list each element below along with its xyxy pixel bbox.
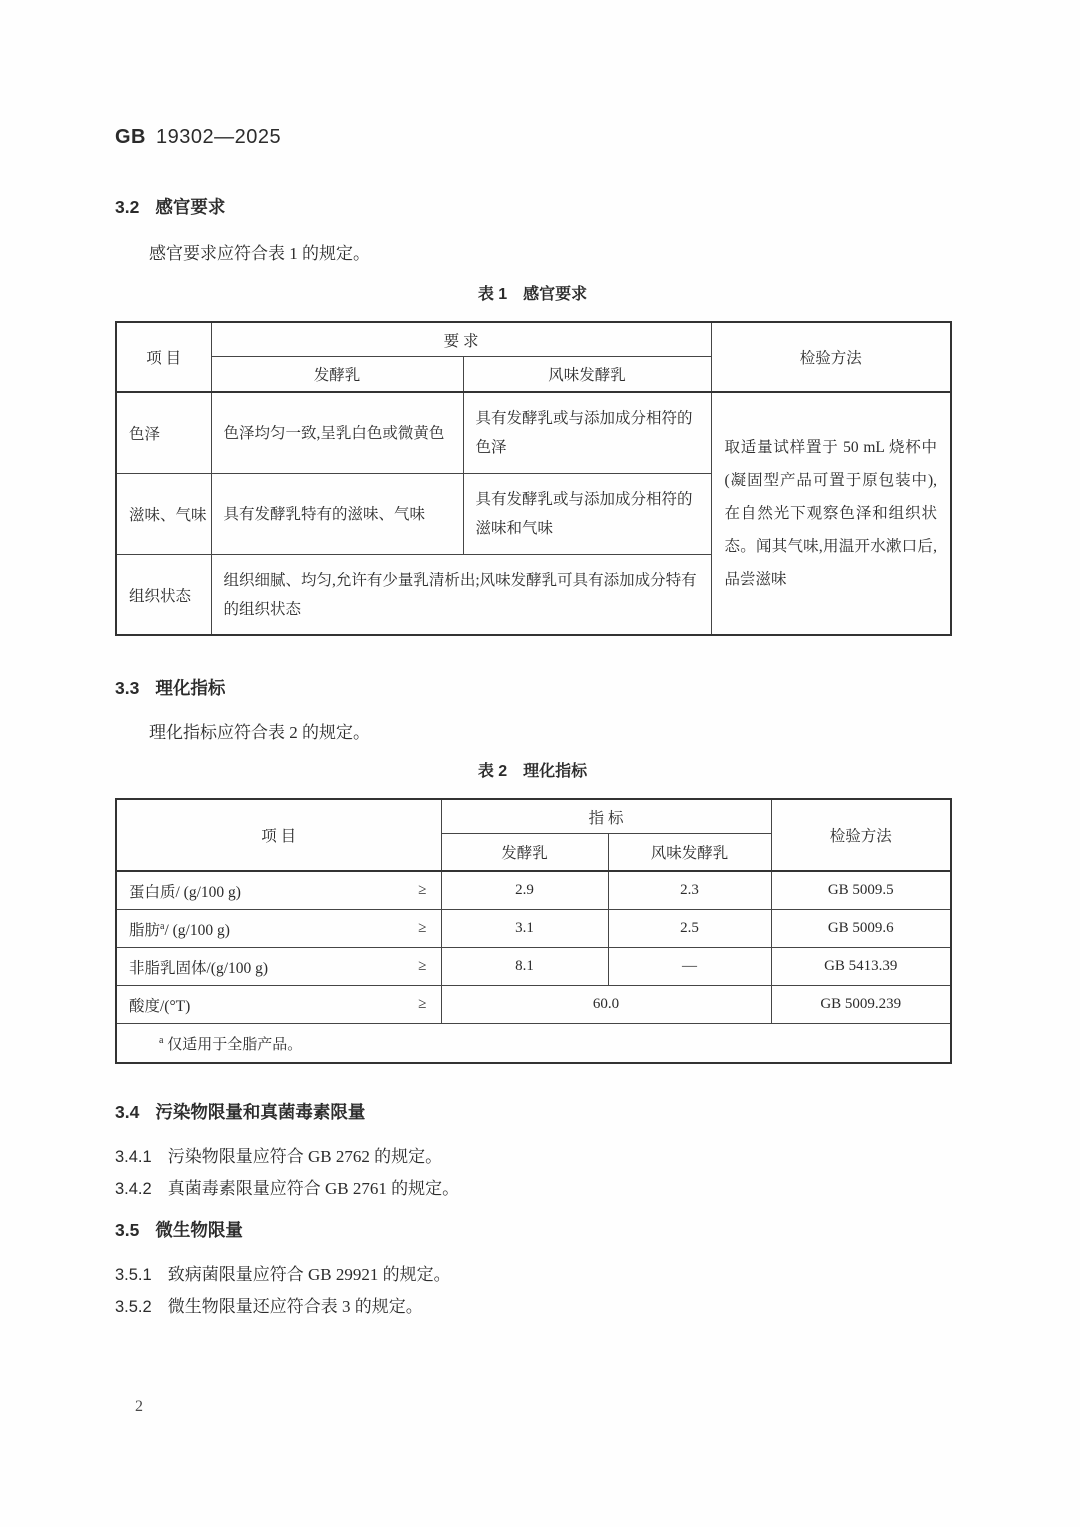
section-title: 微生物限量: [155, 1220, 243, 1240]
section-3-3-paragraph: 理化指标应符合表 2 的规定。: [115, 720, 950, 746]
section-title: 感官要求: [155, 197, 225, 217]
clause-3-5-2: 3.5.2微生物限量还应符合表 3 的规定。: [115, 1294, 950, 1320]
value-cell: 2.3: [608, 871, 771, 910]
method-cell: GB 5413.39: [771, 948, 951, 986]
table-row: 项 目 要 求 检验方法: [116, 322, 951, 357]
section-heading-3-5: 3.5微生物限量: [115, 1218, 950, 1242]
gte-symbol: ≥: [418, 920, 426, 937]
clause-number: 3.4.1: [115, 1148, 152, 1166]
table-2-header-item: 项 目: [116, 799, 441, 871]
table-1-header-method: 检验方法: [711, 322, 951, 392]
clause-number: 3.4.2: [115, 1180, 152, 1198]
section-3-2-paragraph: 感官要求应符合表 1 的规定。: [115, 241, 950, 267]
gte-symbol: ≥: [418, 882, 426, 899]
gte-symbol: ≥: [418, 958, 426, 975]
table-1-header-requirement: 要 求: [211, 322, 711, 357]
table-2-item-acidity: 酸度/(°T) ≥: [116, 986, 441, 1024]
section-heading-3-3: 3.3理化指标: [115, 676, 950, 700]
table-1-cell-merged: 组织细腻、均匀,允许有少量乳清析出;风味发酵乳可具有添加成分特有的组织状态: [211, 555, 711, 636]
table-row: 酸度/(°T) ≥ 60.0 GB 5009.239: [116, 986, 951, 1024]
table-row: 蛋白质/ (g/100 g) ≥ 2.9 2.3 GB 5009.5: [116, 871, 951, 910]
table-row: a 仅适用于全脂产品。: [116, 1024, 951, 1064]
table-1-header-item: 项 目: [116, 322, 211, 392]
method-cell: GB 5009.239: [771, 986, 951, 1024]
section-number: 3.5: [115, 1220, 139, 1240]
table-1-cell: 具有发酵乳或与添加成分相符的滋味和气味: [463, 474, 711, 555]
page-number: 2: [135, 1398, 143, 1416]
section-heading-3-4: 3.4污染物限量和真菌毒素限量: [115, 1100, 950, 1124]
table-2-item-fat: 脂肪a/ (g/100 g) ≥: [116, 910, 441, 948]
table-row: 项 目 指 标 检验方法: [116, 799, 951, 834]
clause-3-5-1: 3.5.1致病菌限量应符合 GB 29921 的规定。: [115, 1262, 950, 1288]
value-cell: 2.5: [608, 910, 771, 948]
table-1-item-texture: 组织状态: [116, 555, 211, 636]
table-2-caption: 表 2 理化指标: [115, 760, 950, 784]
section-heading-3-2: 3.2感官要求: [115, 195, 950, 219]
table-2-item-nonfat-solids: 非脂乳固体/(g/100 g) ≥: [116, 948, 441, 986]
item-label: 酸度/(°T): [129, 994, 190, 1016]
value-cell-merged: 60.0: [441, 986, 771, 1024]
table-1-item-taste-odor: 滋味、气味: [116, 474, 211, 555]
standard-number: 19302—2025: [156, 126, 281, 148]
table-2-header-method: 检验方法: [771, 799, 951, 871]
method-cell: GB 5009.6: [771, 910, 951, 948]
table-1-method-cell: 取适量试样置于 50 mL 烧杯中(凝固型产品可置于原包装中),在自然光下观察色…: [711, 392, 951, 635]
clause-text: 微生物限量还应符合表 3 的规定。: [168, 1297, 423, 1316]
section-title: 污染物限量和真菌毒素限量: [155, 1102, 365, 1122]
table-2-footnote: a 仅适用于全脂产品。: [116, 1024, 951, 1064]
document-page: GB19302—2025 3.2感官要求 感官要求应符合表 1 的规定。 表 1…: [0, 0, 1080, 1527]
clause-3-4-2: 3.4.2真菌毒素限量应符合 GB 2761 的规定。: [115, 1176, 950, 1202]
standard-label: GB: [115, 126, 146, 148]
footnote-marker: a: [159, 1035, 163, 1046]
value-cell: 3.1: [441, 910, 608, 948]
gte-symbol: ≥: [418, 996, 426, 1013]
clause-text: 致病菌限量应符合 GB 29921 的规定。: [168, 1265, 451, 1284]
clause-number: 3.5.2: [115, 1298, 152, 1316]
section-number: 3.4: [115, 1102, 139, 1122]
item-label: 蛋白质/ (g/100 g): [129, 880, 241, 902]
clause-text: 污染物限量应符合 GB 2762 的规定。: [168, 1147, 442, 1166]
page-content: GB19302—2025 3.2感官要求 感官要求应符合表 1 的规定。 表 1…: [115, 125, 950, 1320]
item-label: 非脂乳固体/(g/100 g): [129, 956, 268, 978]
table-1-cell: 色泽均匀一致,呈乳白色或微黄色: [211, 392, 463, 474]
value-cell: 2.9: [441, 871, 608, 910]
value-cell: 8.1: [441, 948, 608, 986]
section-number: 3.3: [115, 678, 139, 698]
section-number: 3.2: [115, 197, 139, 217]
table-2-header-indicator: 指 标: [441, 799, 771, 834]
clause-text: 真菌毒素限量应符合 GB 2761 的规定。: [168, 1179, 459, 1198]
table-1-caption: 表 1 感官要求: [115, 283, 950, 307]
item-label: 脂肪a/ (g/100 g): [129, 918, 230, 940]
table-2-header-fermented-milk: 发酵乳: [441, 834, 608, 872]
table-1-item-color: 色泽: [116, 392, 211, 474]
table-2-header-flavored-fermented-milk: 风味发酵乳: [608, 834, 771, 872]
table-2-physicochemical-indicators: 项 目 指 标 检验方法 发酵乳 风味发酵乳 蛋白质/ (g/100 g) ≥: [115, 798, 952, 1064]
table-row: 脂肪a/ (g/100 g) ≥ 3.1 2.5 GB 5009.6: [116, 910, 951, 948]
table-1-header-fermented-milk: 发酵乳: [211, 357, 463, 393]
section-title: 理化指标: [155, 678, 225, 698]
clause-number: 3.5.1: [115, 1266, 152, 1284]
footnote-text: 仅适用于全脂产品。: [167, 1037, 302, 1053]
table-row: 非脂乳固体/(g/100 g) ≥ 8.1 — GB 5413.39: [116, 948, 951, 986]
value-cell: —: [608, 948, 771, 986]
method-cell: GB 5009.5: [771, 871, 951, 910]
table-1-cell: 具有发酵乳特有的滋味、气味: [211, 474, 463, 555]
table-row: 色泽 色泽均匀一致,呈乳白色或微黄色 具有发酵乳或与添加成分相符的色泽 取适量试…: [116, 392, 951, 474]
table-1-sensory-requirements: 项 目 要 求 检验方法 发酵乳 风味发酵乳 色泽 色泽均匀一致,呈乳白色或微黄…: [115, 321, 952, 636]
table-1-header-flavored-fermented-milk: 风味发酵乳: [463, 357, 711, 393]
clause-3-4-1: 3.4.1污染物限量应符合 GB 2762 的规定。: [115, 1144, 950, 1170]
table-1-cell: 具有发酵乳或与添加成分相符的色泽: [463, 392, 711, 474]
table-2-item-protein: 蛋白质/ (g/100 g) ≥: [116, 871, 441, 910]
standard-number-header: GB19302—2025: [115, 125, 950, 149]
